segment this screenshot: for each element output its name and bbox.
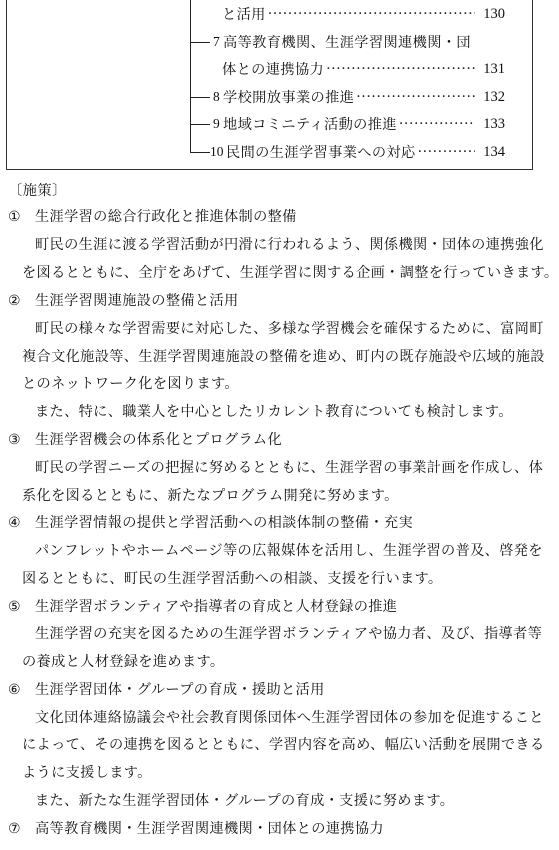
measure-body-line: また、特に、職業人を中心としたリカレント教育についても検討します。	[35, 402, 513, 422]
measure-body-line: 図るとともに、町民の生涯学習活動への相談、支援を行います。	[22, 569, 442, 589]
measure-body-line: 系化を図るとともに、新たなプログラム開発に努めます。	[22, 486, 399, 506]
measure-body-line: 町民の学習ニーズの把握に努めるとともに、生涯学習の事業計画を作成し、体	[35, 458, 543, 478]
measure-body-line: を図るとともに、全庁をあげて、生涯学習に関する企画・調整を行っていきます。	[22, 263, 558, 283]
measure-title: 生涯学習情報の提供と学習活動への相談体制の整備・充実	[35, 513, 413, 533]
toc-entry-text: と活用	[222, 4, 266, 24]
toc-entry: 7 高等教育機関、生涯学習関連機関・団	[190, 32, 505, 52]
measure-number: ⑦	[8, 819, 26, 839]
section-heading: 〔施策〕	[8, 180, 67, 200]
measure-number: ②	[8, 291, 26, 311]
measure-title: 生涯学習の総合行政化と推進体制の整備	[35, 207, 297, 227]
toc-entry-text: 学校開放事業の推進	[223, 87, 354, 107]
measure-number: ①	[8, 207, 26, 227]
toc-page: 131	[477, 61, 505, 78]
toc-number: 7	[213, 34, 223, 50]
measure-body-line: の養成と人材登録を進めます。	[22, 652, 224, 672]
toc-page: 133	[477, 116, 505, 133]
measure-title: 高等教育機関・生涯学習関連機関・団体との連携協力	[35, 819, 384, 839]
toc-entry: と活用 ····································…	[190, 4, 505, 24]
tree-branch-line	[190, 152, 210, 153]
measure-body-line: 文化団体連絡協議会や社会教育関係団体へ生涯学習団体の参加を促進すること	[35, 708, 544, 728]
measure-number: ⑤	[8, 597, 26, 617]
measure-body-line: 町民の様々な学習需要に対応した、多様な学習機会を確保するために、富岡町	[35, 319, 544, 339]
measure-body-line: パンフレットやホームページ等の広報媒体を活用し、生涯学習の普及、啓発を	[35, 541, 543, 561]
toc-entry-text: 体との連携協力	[222, 59, 324, 79]
measure-body-line: 生涯学習の充実を図るための生涯学習ボランティアや協力者、及び、指導者等	[35, 624, 542, 644]
toc-entry: 9 地域コミニティ活動の推進 ·························…	[190, 114, 505, 134]
toc-entry-text: 高等教育機関、生涯学習関連機関・団	[223, 32, 471, 52]
toc-number: 10	[210, 144, 226, 160]
tree-branch-line	[190, 42, 210, 43]
toc-page: 132	[477, 89, 505, 106]
toc-entry: 10 民間の生涯学習事業への対応 ·······················…	[190, 142, 505, 162]
toc-leader: ········································…	[326, 61, 475, 77]
toc-number: 9	[213, 116, 223, 132]
measure-body-line: とのネットワーク化を図ります。	[22, 374, 239, 394]
measure-title: 生涯学習関連施設の整備と活用	[35, 291, 239, 311]
toc-entry-text: 地域コミニティ活動の推進	[223, 114, 397, 134]
measure-number: ④	[8, 513, 26, 533]
measure-title: 生涯学習団体・グループの育成・援助と活用	[35, 680, 325, 700]
toc-leader: ········································…	[268, 6, 475, 22]
toc-leader: ········································…	[356, 89, 475, 105]
tree-branch-line	[190, 124, 210, 125]
measure-body-line: また、新たな生涯学習団体・グループの育成・支援に努めます。	[35, 791, 454, 811]
toc-leader: ········································…	[399, 116, 475, 132]
measure-body-line: 町民の生涯に渡る学習活動が円滑に行われるよう、関係機関・団体の連携強化	[35, 235, 544, 255]
toc-entry-text: 民間の生涯学習事業への対応	[226, 142, 416, 162]
tree-branch-line	[190, 97, 210, 98]
toc-number: 8	[213, 89, 223, 105]
measure-body-line: ように支援します。	[22, 763, 152, 783]
toc-entry: 体との連携協力 ································…	[190, 59, 505, 79]
toc-page: 130	[477, 6, 505, 23]
measure-body-line: によって、その連携を図るとともに、学習内容を高め、幅広い活動を展開できる	[22, 735, 545, 755]
measure-title: 生涯学習ボランティアや指導者の育成と人材登録の推進	[35, 597, 397, 617]
toc-page: 134	[477, 144, 505, 161]
measure-number: ⑥	[8, 680, 26, 700]
measure-title: 生涯学習機会の体系化とプログラム化	[35, 430, 282, 450]
toc-entry: 8 学校開放事業の推進 ····························…	[190, 87, 505, 107]
measure-body-line: 複合文化施設等、生涯学習関連施設の整備を進め、町内の既存施設や広域的施設	[22, 347, 545, 367]
toc-leader: ········································…	[418, 144, 475, 160]
measure-number: ③	[8, 430, 26, 450]
